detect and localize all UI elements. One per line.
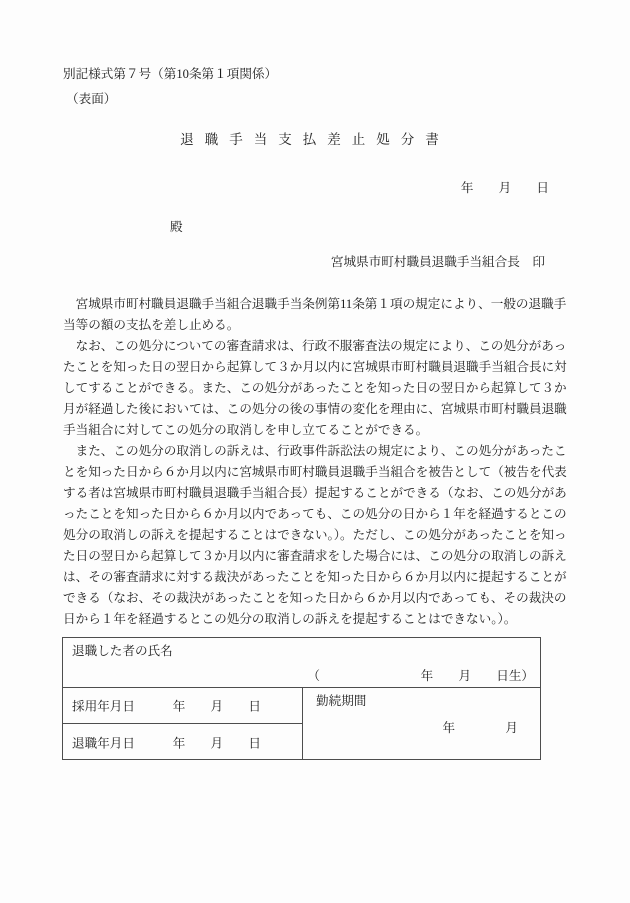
hire-date-blank-line: 採用年月日 年 月 日: [72, 696, 261, 715]
addressee-dono-label: 殿: [170, 219, 183, 236]
hire-date-cell: 採用年月日 年 月 日: [63, 687, 303, 724]
retiree-name-cell: 退職した者の氏名 （ 年 月 日生）: [63, 638, 540, 688]
retirement-date-blank-line: 退職年月日 年 月 日: [72, 732, 261, 751]
body-text-line: する者は宮城県市町村職員退職手当組合長）提起することができる（なお、この処分があ: [63, 483, 567, 504]
body-text-line: は、その審査請求に対する裁決があったことを知った日から６か月以内に提起することが: [63, 567, 567, 588]
document-page: 別記様式第７号（第10条第１項関係） （表面） 退職手当支払差止処分書 年 月 …: [0, 0, 630, 903]
date-blank-line: 年 月 日: [461, 180, 549, 197]
body-text-line: 月が経過した後においては、この処分の後の事情の変化を理由に、宮城県市町村職員退職: [63, 399, 567, 420]
retirement-date-cell: 退職年月日 年 月 日: [63, 724, 303, 759]
body-text-line: できる（なお、その裁決があったことを知った日から６か月以内であっても、その裁決の: [63, 588, 567, 609]
body-text-block: 宮城県市町村職員退職手当組合退職手当条例第11条第１項の規定により、一般の退職手…: [63, 294, 567, 630]
retiree-info-table: 退職した者の氏名 （ 年 月 日生） 採用年月日 年 月 日 退職年月日 年 月…: [62, 637, 541, 760]
body-text-line: た日の翌日から起算して３か月以内に審査請求をした場合には、この処分の取消しの訴え: [63, 546, 567, 567]
body-text-line: してすることができる。また、この処分があったことを知った日の翌日から起算して３か: [63, 378, 567, 399]
body-text-line: ったことを知った日から６か月以内であっても、この処分の日から１年を経過するとこの: [63, 504, 567, 525]
service-period-blank-line: 年 月: [442, 720, 518, 736]
issuer-line: 宮城県市町村職員退職手当組合長印: [331, 254, 545, 271]
body-text-line: なお、この処分についての審査請求は、行政不服審査法の規定により、この処分があっ: [63, 336, 567, 357]
body-text-line: 当等の額の支払を差し止める。: [63, 315, 567, 336]
form-number-label: 別記様式第７号（第10条第１項関係）: [63, 66, 277, 83]
birth-date-blank-line: （ 年 月 日生）: [307, 668, 534, 684]
service-period-label: 勤続期間: [316, 693, 366, 709]
body-text-line: 手当組合に対してこの処分の取消しを申し立てることができる。: [63, 420, 567, 441]
seal-mark: 印: [532, 255, 545, 269]
body-text-line: たことを知った日の翌日から起算して３か月以内に宮城県市町村職員退職手当組合長に対: [63, 357, 567, 378]
body-text-line: 処分の取消しの訴えを提起することはできない。）。ただし、この処分があったことを知…: [63, 525, 567, 546]
retiree-name-label: 退職した者の氏名: [72, 643, 173, 659]
side-label: （表面）: [66, 91, 116, 108]
body-text-line: とを知った日から６か月以内に宮城県市町村職員退職手当組合を被告として（被告を代表: [63, 462, 567, 483]
body-text-line: 宮城県市町村職員退職手当組合退職手当条例第11条第１項の規定により、一般の退職手: [63, 294, 567, 315]
body-text-line: 日から１年を経過するとこの処分の取消しの訴えを提起することはできない。）。: [63, 609, 567, 630]
issuer-name: 宮城県市町村職員退職手当組合長: [331, 255, 520, 269]
service-period-cell: 勤続期間 年 月: [303, 687, 540, 759]
body-text-line: また、この処分の取消しの訴えは、行政事件訴訟法の規定により、この処分があったこ: [63, 441, 567, 462]
document-title: 退職手当支払差止処分書: [63, 131, 567, 148]
